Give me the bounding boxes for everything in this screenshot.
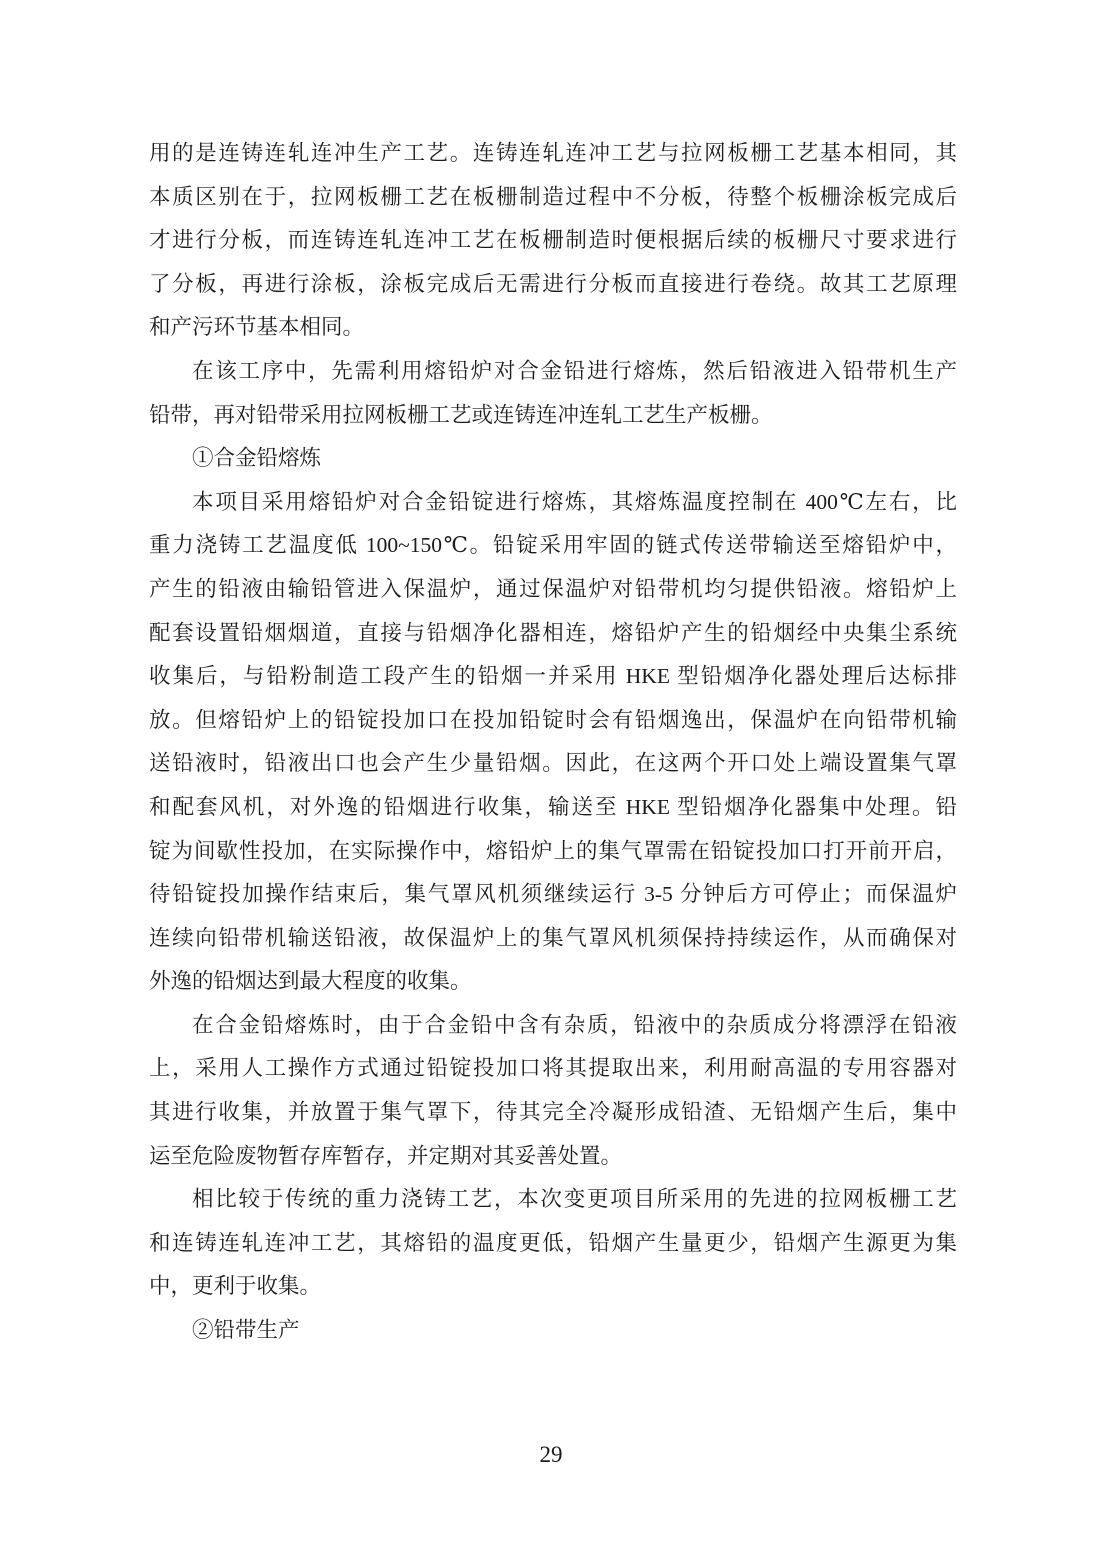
paragraph-3: ①合金铅熔炼 [149,437,957,481]
page-number: 29 [0,1438,1102,1472]
text-line: ①合金铅熔炼 [149,437,957,481]
text-line: 相比较于传统的重力浇铸工艺，本次变更项目所采用的先进的拉网板栅工艺 [149,1178,957,1222]
text-line: 配套设置铅烟烟道，直接与铅烟净化器相连，熔铅炉产生的铅烟经中央集尘系统 [149,612,957,656]
text-line: 待铅锭投加操作结束后，集气罩风机须继续运行 3-5 分钟后方可停止；而保温炉 [149,873,957,917]
text-line: 连续向铅带机输送铅液，故保温炉上的集气罩风机须保持持续运作，从而确保对 [149,917,957,961]
paragraph-4: 本项目采用熔铅炉对合金铅锭进行熔炼，其熔炼温度控制在 400℃左右，比重力浇铸工… [149,481,957,1004]
paragraph-2: 在该工序中，先需利用熔铅炉对合金铅进行熔炼，然后铅液进入铅带机生产铅带，再对铅带… [149,350,957,437]
text-line: 上，采用人工操作方式通过铅锭投加口将其提取出来，利用耐高温的专用容器对 [149,1047,957,1091]
paragraph-5: 在合金铅熔炼时，由于合金铅中含有杂质，铅液中的杂质成分将漂浮在铅液上，采用人工操… [149,1004,957,1178]
paragraph-6: 相比较于传统的重力浇铸工艺，本次变更项目所采用的先进的拉网板栅工艺和连铸连轧连冲… [149,1178,957,1309]
text-line: 重力浇铸工艺温度低 100~150℃。铅锭采用牢固的链式传送带输送至熔铅炉中， [149,524,957,568]
text-line: 送铅液时，铅液出口也会产生少量铅烟。因此，在这两个开口处上端设置集气罩 [149,742,957,786]
text-line: 锭为间歇性投加，在实际操作中，熔铅炉上的集气罩需在铅锭投加口打开前开启， [149,830,957,874]
text-line: 本项目采用熔铅炉对合金铅锭进行熔炼，其熔炼温度控制在 400℃左右，比 [149,481,957,525]
text-line: 用的是连铸连轧连冲生产工艺。连铸连轧连冲工艺与拉网板栅工艺基本相同，其 [149,132,957,176]
text-line: 其进行收集，并放置于集气罩下，待其完全冷凝形成铅渣、无铅烟产生后，集中 [149,1091,957,1135]
text-line: 收集后，与铅粉制造工段产生的铅烟一并采用 HKE 型铅烟净化器处理后达标排 [149,655,957,699]
document-body: 用的是连铸连轧连冲生产工艺。连铸连轧连冲工艺与拉网板栅工艺基本相同，其本质区别在… [149,132,957,1353]
text-line: 中，更利于收集。 [149,1265,957,1309]
text-line: 产生的铅液由输铅管进入保温炉，通过保温炉对铅带机均匀提供铅液。熔铅炉上 [149,568,957,612]
text-line: 和产污环节基本相同。 [149,306,957,350]
text-line: 外逸的铅烟达到最大程度的收集。 [149,960,957,1004]
text-line: 运至危险废物暂存库暂存，并定期对其妥善处置。 [149,1135,957,1179]
document-page: 用的是连铸连轧连冲生产工艺。连铸连轧连冲工艺与拉网板栅工艺基本相同，其本质区别在… [0,0,1102,1559]
text-line: 在该工序中，先需利用熔铅炉对合金铅进行熔炼，然后铅液进入铅带机生产 [149,350,957,394]
text-line: ②铅带生产 [149,1309,957,1353]
paragraph-1: 用的是连铸连轧连冲生产工艺。连铸连轧连冲工艺与拉网板栅工艺基本相同，其本质区别在… [149,132,957,350]
paragraph-7: ②铅带生产 [149,1309,957,1353]
text-line: 本质区别在于，拉网板栅工艺在板栅制造过程中不分板，待整个板栅涂板完成后 [149,176,957,220]
text-line: 在合金铅熔炼时，由于合金铅中含有杂质，铅液中的杂质成分将漂浮在铅液 [149,1004,957,1048]
text-line: 放。但熔铅炉上的铅锭投加口在投加铅锭时会有铅烟逸出，保温炉在向铅带机输 [149,699,957,743]
text-line: 铅带，再对铅带采用拉网板栅工艺或连铸连冲连轧工艺生产板栅。 [149,394,957,438]
text-line: 和配套风机，对外逸的铅烟进行收集，输送至 HKE 型铅烟净化器集中处理。铅 [149,786,957,830]
text-line: 了分板，再进行涂板，涂板完成后无需进行分板而直接进行卷绕。故其工艺原理 [149,263,957,307]
text-line: 才进行分板，而连铸连轧连冲工艺在板栅制造时便根据后续的板栅尺寸要求进行 [149,219,957,263]
text-line: 和连铸连轧连冲工艺，其熔铅的温度更低，铅烟产生量更少，铅烟产生源更为集 [149,1222,957,1266]
